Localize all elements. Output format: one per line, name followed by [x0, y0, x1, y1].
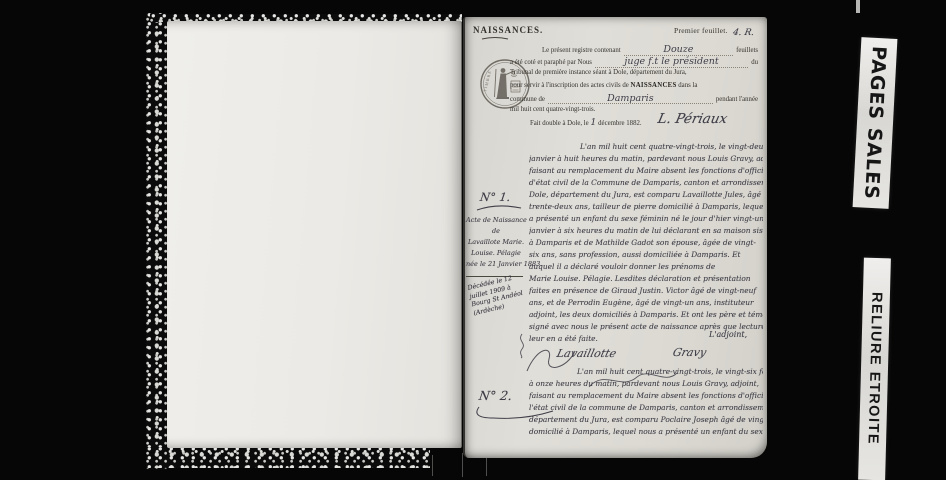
- act-body-line: adjoint, les deux domiciliés à Damparis.…: [529, 309, 763, 321]
- left-page-blank: [167, 21, 462, 448]
- margin-title-line: de: [466, 226, 526, 237]
- officer-signature: Gravy: [671, 346, 707, 359]
- page-stack-edge: [486, 458, 487, 476]
- corner-annotation: 4. R.: [732, 28, 755, 38]
- act-body-line: janvier à huit heures du matin, pardevan…: [529, 153, 763, 165]
- closing-role-label: L'adjoint,: [709, 330, 747, 339]
- printed-text: commune de: [510, 96, 545, 103]
- handwritten-fill: Damparis: [548, 94, 713, 105]
- handwritten-fill: juge f.t le président: [595, 57, 748, 68]
- act-body-line: faites en présence de Giraud Justin. Vic…: [529, 285, 763, 297]
- printed-text: dans la: [677, 82, 698, 89]
- title-underline-flourish: [481, 36, 509, 41]
- condition-label-reliure-etroite: RELIURE ETROITE: [858, 258, 891, 480]
- death-margin-note: Décédée le 12juillet 1909 àBourg St Andé…: [467, 271, 537, 319]
- printed-text: NAISSANCES: [631, 82, 677, 89]
- preamble-line: pour servir à l'inscription des actes ci…: [510, 82, 758, 94]
- printed-text: mil huit cent quatre-vingt-trois.: [510, 106, 595, 113]
- act-body-line: janvier à six heures du matin de lui déc…: [529, 225, 763, 237]
- right-page: NAISSANCES. Premier feuillet. 4. R. TIMB…: [463, 17, 767, 458]
- margin-title-line: Lavaillote Marie.: [466, 237, 526, 248]
- act-body-line: faisant au remplacement du Maire absent …: [529, 390, 763, 402]
- act-body-line: l'état civil de la commune de Damparis, …: [529, 402, 763, 414]
- marbled-cover-edge-left: [146, 13, 167, 470]
- printed-text: pour servir à l'inscription des actes ci…: [510, 82, 631, 89]
- act-2-body: L'an mil huit cent quatre-vingt-trois, l…: [529, 366, 763, 442]
- act-body-line: L'an mil huit cent quatre-vingt-trois, l…: [529, 141, 763, 153]
- margin-title-line: Acte de Naissance: [466, 215, 526, 226]
- sheet-label: Premier feuillet.: [674, 26, 728, 35]
- act-body-line: a présenté un enfant du sexe féminin né …: [529, 213, 763, 225]
- printed-text: Fait double à Dole, le: [530, 120, 590, 127]
- judge-signature: L. Périaux: [656, 111, 729, 127]
- printed-text: Le présent registre contenant: [542, 47, 621, 54]
- act-body-line: ans, et de Perrodin Eugène, âgé de vingt…: [529, 297, 763, 309]
- preamble-line: a été coté et paraphé par Nousjuge f.t l…: [510, 57, 758, 69]
- preamble-line: commune deDamparispendant l'année: [510, 94, 758, 106]
- marbled-cover-edge-bottom: [146, 447, 430, 468]
- act-body-line: à onze heures du matin, pardevant nous L…: [529, 378, 763, 390]
- condition-label-text: PAGES SALES: [860, 46, 890, 201]
- condition-label-pages-sales: PAGES SALES: [853, 37, 898, 209]
- act-body-line: d'état civil de la Commune de Damparis, …: [529, 177, 763, 189]
- printed-text: pendant l'année: [716, 96, 758, 103]
- act-body-line: Marie Louise. Pélagie. Lesdites déclarat…: [529, 273, 763, 285]
- margin-title-line: Louise. Pélagie: [466, 248, 526, 259]
- label-edge-sliver: [856, 0, 860, 13]
- act-number-2: N° 2.: [478, 388, 513, 403]
- page-stack-edge: [462, 453, 463, 477]
- act-body-line: trente-deux ans, tailleur de pierre domi…: [529, 201, 763, 213]
- printed-text: a été coté et paraphé par Nous: [510, 59, 592, 66]
- act-number-1: N° 1.: [479, 190, 511, 204]
- act-body-line: département du Jura, est comparu Poclair…: [529, 414, 763, 426]
- printed-text: feuillets: [736, 47, 758, 54]
- act-body-line: Dole, département du Jura, est comparu L…: [529, 189, 763, 201]
- condition-label-text: RELIURE ETROITE: [865, 292, 885, 445]
- handwritten-fill: Douze: [624, 45, 733, 56]
- page-title-naissances: NAISSANCES.: [473, 25, 543, 35]
- archival-scan: NAISSANCES. Premier feuillet. 4. R. TIMB…: [0, 0, 946, 480]
- printed-text: Tribunal de première instance séant à Do…: [510, 69, 687, 76]
- act-body-line: L'an mil huit cent quatre-vingt-trois, l…: [529, 366, 763, 378]
- act-body-line: à Damparis et de Mathilde Gadot son épou…: [529, 237, 763, 249]
- act-number-underline-flourish: [475, 203, 523, 213]
- act-margin-title: Acte de NaissancedeLavaillote Marie.Loui…: [466, 215, 526, 270]
- page-stack-edge: [432, 455, 433, 476]
- preamble-line: Tribunal de première instance séant à Do…: [510, 69, 758, 81]
- printed-text: du: [751, 59, 758, 66]
- act-body-line: auquel il a déclaré vouloir donner les p…: [529, 261, 763, 273]
- act-body-line: domicilié à Damparis, lequel nous a prés…: [529, 426, 763, 438]
- printed-text: décembre 1882.: [596, 120, 641, 127]
- margin-title-line: née le 21 Janvier 1883.: [466, 259, 526, 270]
- act-body-line: six ans, sans profession, aussi domicili…: [529, 249, 763, 261]
- act-1-body: L'an mil huit cent quatre-vingt-trois, l…: [529, 141, 763, 347]
- act-body-line: faisant au remplacement du Maire absent …: [529, 165, 763, 177]
